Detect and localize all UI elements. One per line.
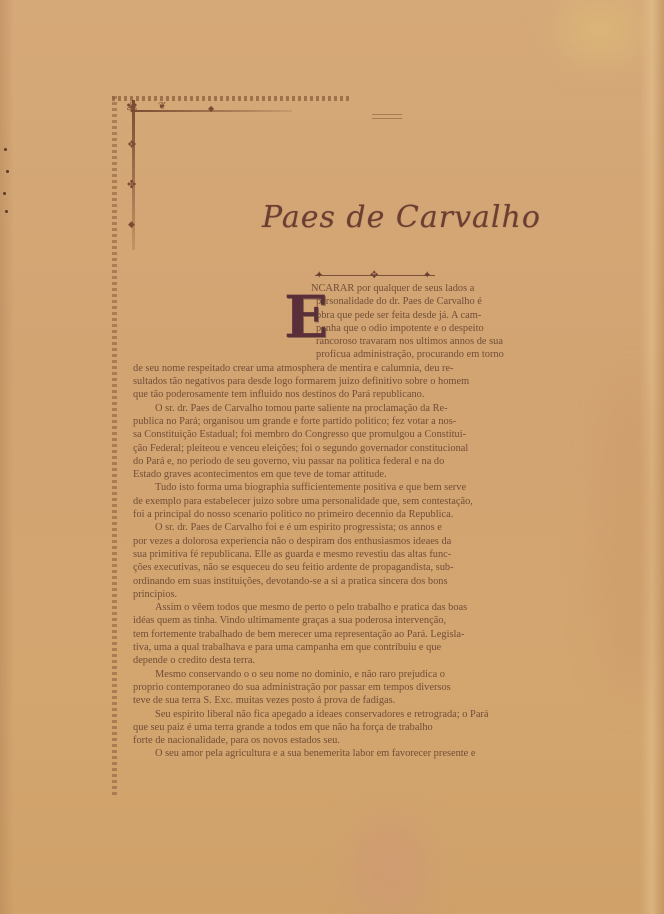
- paragraph: Assim o vêem todos que mesmo de perto o …: [133, 601, 533, 667]
- paragraph: O sr. dr. Paes de Carvalho foi e é um es…: [133, 521, 533, 601]
- text-line: sultados tão negativos para desde logo f…: [133, 375, 533, 388]
- text-line: NCARAR por qualquer de seus lados a: [133, 282, 533, 295]
- text-line: Estado graves acontecimentos em que teve…: [133, 468, 533, 481]
- page-title: Paes de Carvalho: [262, 200, 541, 235]
- text-line: Tudo isto forma uma biographia sufficien…: [133, 481, 533, 494]
- paragraph: Tudo isto forma uma biographia sufficien…: [133, 481, 533, 521]
- text-line: que seu paiz é uma terra grande a todos …: [133, 721, 533, 734]
- text-line: panha que o odio impotente e o despeito: [133, 322, 533, 335]
- text-line: proprio contemporaneo do sua administraç…: [133, 681, 533, 694]
- edge-marks: [0, 140, 16, 240]
- article-body: NCARAR por qualquer de seus lados aperso…: [133, 282, 533, 761]
- text-line: sua primitiva fé republicana. Elle as gu…: [133, 548, 533, 561]
- text-line: Seu espirito liberal não fica apegado a …: [133, 708, 533, 721]
- title-ornament: ✦ ✥ ✦: [315, 270, 435, 282]
- text-line: de seu nome respeitado crear uma atmosph…: [133, 362, 533, 375]
- text-line: principios.: [133, 588, 533, 601]
- text-line: idéas quem as tinha. Vindo ultimamente g…: [133, 614, 533, 627]
- text-line: depende o credito desta terra.: [133, 654, 533, 667]
- text-line: publica no Pará; organisou um grande e f…: [133, 415, 533, 428]
- text-line: obra que pede ser feita desde já. A cam-: [133, 309, 533, 322]
- text-line: forte de nacionalidade, para os novos es…: [133, 734, 533, 747]
- text-line: O seu amor pela agricultura e a sua bene…: [133, 747, 533, 760]
- text-line: que tão poderosamente tem influido nos d…: [133, 388, 533, 401]
- text-line: teve de sua terra S. Exc. muitas vezes p…: [133, 694, 533, 707]
- text-line: do Pará e, no periodo de seu governo, vi…: [133, 455, 533, 468]
- text-line: ção Federal; pleiteou e venceu eleições;…: [133, 442, 533, 455]
- text-line: O sr. dr. Paes de Carvalho foi e é um es…: [133, 521, 533, 534]
- text-line: O sr. dr. Paes de Carvalho tomou parte s…: [133, 402, 533, 415]
- paper-stain: [560, 0, 640, 60]
- text-line: personalidade do dr. Paes de Carvalho é: [133, 295, 533, 308]
- decorative-border-left: [112, 96, 117, 796]
- text-line: tiva, uma a qual trabalhava e para uma c…: [133, 641, 533, 654]
- ornamental-corner-icon: ✾ ❦ ◆ ❖ ✤ ◆: [118, 100, 188, 250]
- text-line: ordinando em suas instituições, devotand…: [133, 575, 533, 588]
- paper-stain: [600, 380, 660, 700]
- paragraph: Mesmo conservando o o seu nome no domini…: [133, 668, 533, 708]
- text-line: sa Constituição Estadual; foi membro do …: [133, 428, 533, 441]
- paragraph: Seu espirito liberal não fica apegado a …: [133, 708, 533, 748]
- scanned-page: ✾ ❦ ◆ ❖ ✤ ◆ Paes de Carvalho ✦ ✥ ✦ E NCA…: [0, 0, 664, 914]
- paper-stain: [350, 820, 430, 914]
- text-line: Mesmo conservando o o seu nome no domini…: [133, 668, 533, 681]
- text-line: Assim o vêem todos que mesmo de perto o …: [133, 601, 533, 614]
- text-line: rancoroso travaram nos ultimos annos de …: [133, 335, 533, 348]
- text-line: de exemplo para estabelecer juizo sobre …: [133, 495, 533, 508]
- text-line: por vezes a dolorosa experiencia não o d…: [133, 535, 533, 548]
- text-line: foi a principal do nosso scenario politi…: [133, 508, 533, 521]
- text-line: ções executivas, não se esqueceu do seu …: [133, 561, 533, 574]
- paragraph: O sr. dr. Paes de Carvalho tomou parte s…: [133, 402, 533, 482]
- text-line: profícua administração, procurando em to…: [133, 348, 533, 361]
- decorative-rule: [372, 114, 402, 119]
- paragraph: NCARAR por qualquer de seus lados aperso…: [133, 282, 533, 402]
- paragraph: O seu amor pela agricultura e a sua bene…: [133, 747, 533, 760]
- text-line: tem fortemente trabalhado de bem merecer…: [133, 628, 533, 641]
